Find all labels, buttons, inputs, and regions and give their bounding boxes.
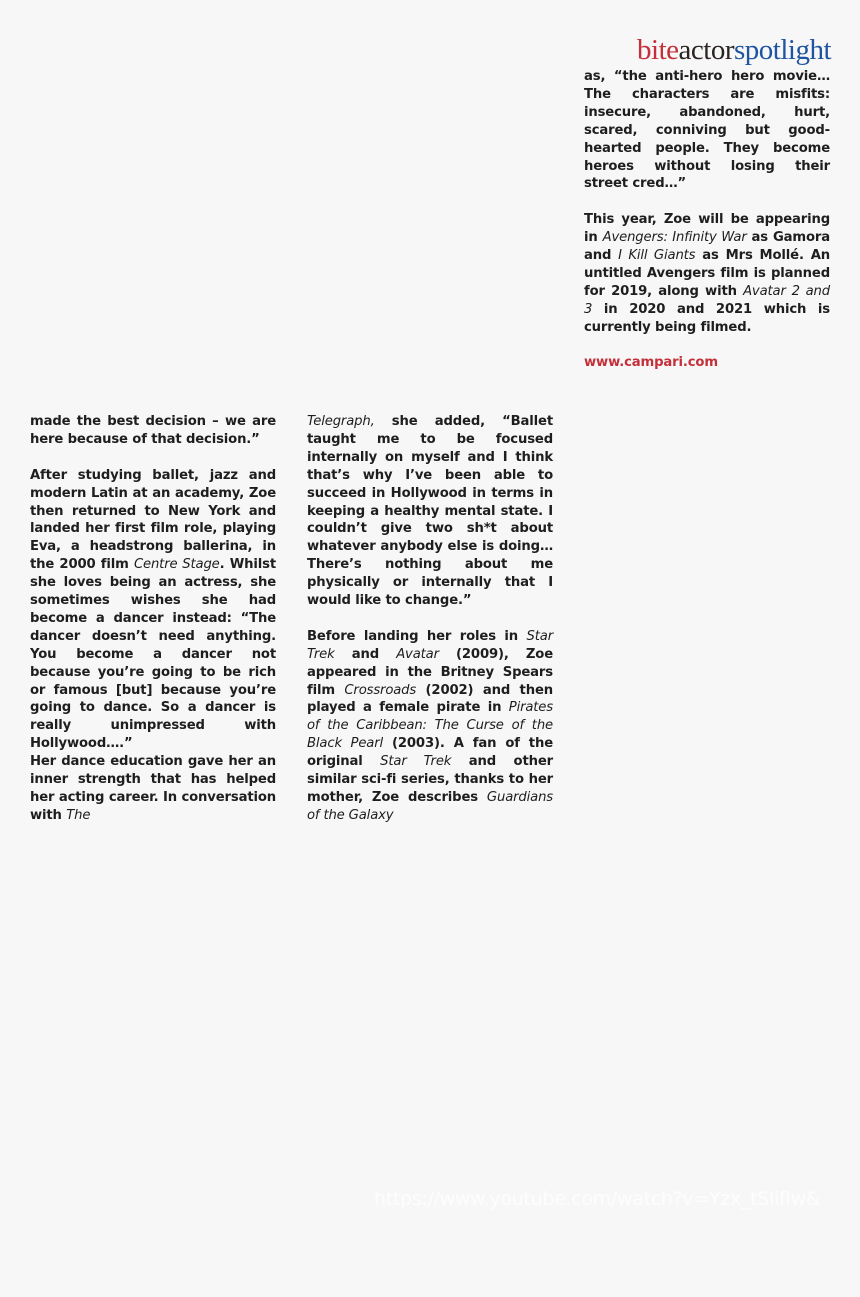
middle-paragraph-2: Before landing her roles in Star Trek an…: [307, 628, 553, 825]
publication-title: The: [66, 808, 90, 823]
left-column: made the best decision – we are here bec…: [30, 413, 276, 843]
masthead-actor: actor: [679, 34, 734, 66]
right-paragraph-2: This year, Zoe will be appearing in Aven…: [584, 211, 830, 336]
masthead-bite: bite: [637, 34, 679, 66]
left-paragraph-2: After studying ballet, jazz and modern L…: [30, 467, 276, 754]
masthead-spotlight: spotlight: [734, 34, 831, 66]
left-paragraph-1: made the best decision – we are here bec…: [30, 413, 276, 449]
film-title: Star Trek: [380, 754, 451, 769]
left-paragraph-3: Her dance education gave her an inner st…: [30, 753, 276, 825]
film-title: Crossroads: [344, 683, 416, 698]
film-title: I Kill Giants: [618, 248, 695, 263]
publication-title: Telegraph,: [307, 414, 375, 429]
masthead-logo: biteactorspotlight: [600, 34, 831, 66]
right-paragraph-1: as, “the anti-hero hero movie… The chara…: [584, 68, 830, 193]
right-column: as, “the anti-hero hero movie… The chara…: [584, 68, 830, 372]
middle-paragraph-1: Telegraph, she added, “Ballet taught me …: [307, 413, 553, 610]
url-watermark: https://www.youtube.com/watch?v=Yzx_tSli…: [374, 1188, 819, 1210]
film-title: Avatar: [396, 647, 439, 662]
middle-column: Telegraph, she added, “Ballet taught me …: [307, 413, 553, 843]
film-title: Avengers: Infinity War: [603, 230, 747, 245]
film-title: Centre Stage: [134, 557, 220, 572]
campari-link[interactable]: www.campari.com: [584, 354, 830, 372]
